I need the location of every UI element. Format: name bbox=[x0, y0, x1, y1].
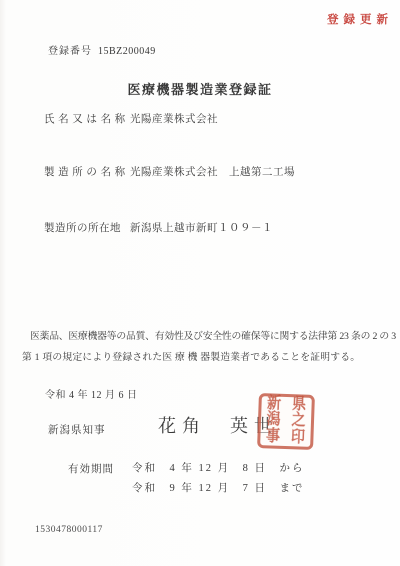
registration-update-stamp: 登録更新 bbox=[327, 11, 393, 27]
field-value-factory-name: 光陽産業株式会社 上越第二工場 bbox=[130, 164, 295, 179]
issue-date: 令和 4 年 12 月 6 日 bbox=[45, 386, 138, 401]
certificate-page: 登録更新 登録番号15BZ200049 医療機器製造業登録証 氏 名 又 は 名… bbox=[0, 0, 400, 566]
registration-number-label: 登録番号 bbox=[48, 46, 92, 57]
validity-period-from: 令和 4 年 12 月 8 日 から bbox=[132, 460, 305, 475]
validity-period-label: 有効期間 bbox=[68, 461, 114, 476]
seal-char: 潟 bbox=[266, 413, 281, 430]
field-label-factory-address: 製造所の所在地 bbox=[44, 220, 121, 235]
seal-char: 事 bbox=[266, 429, 281, 446]
field-label-factory-name: 製 造 所 の 名 称 bbox=[44, 164, 126, 179]
document-control-number: 1530478000117 bbox=[35, 525, 103, 535]
governor-seal-stamp-icon: 新 県 潟 之 事 印 bbox=[257, 393, 315, 450]
certification-text-line2: 第 1 項の規定により登録された医 療 機 器製造業者であることを証明する。 bbox=[22, 349, 360, 363]
seal-char: 印 bbox=[291, 430, 306, 447]
issuer-title: 新潟県知事 bbox=[48, 422, 106, 437]
document-title: 医療機器製造業登録証 bbox=[0, 79, 400, 98]
field-value-factory-address: 新潟県上越市新町１０９－１ bbox=[130, 220, 273, 235]
validity-period-to: 令和 9 年 12 月 7 日 まで bbox=[132, 480, 305, 495]
field-value-name: 光陽産業株式会社 bbox=[130, 111, 218, 126]
certification-text-line1: 医薬品、医療機器等の品質、有効性及び安全性の確保等に関する法律第 23 条の 2… bbox=[30, 328, 396, 342]
registration-number-value: 15BZ200049 bbox=[98, 46, 156, 57]
field-label-name: 氏 名 又 は 名 称 bbox=[44, 111, 126, 126]
seal-char: 之 bbox=[291, 414, 306, 431]
registration-number-line: 登録番号15BZ200049 bbox=[48, 42, 156, 57]
